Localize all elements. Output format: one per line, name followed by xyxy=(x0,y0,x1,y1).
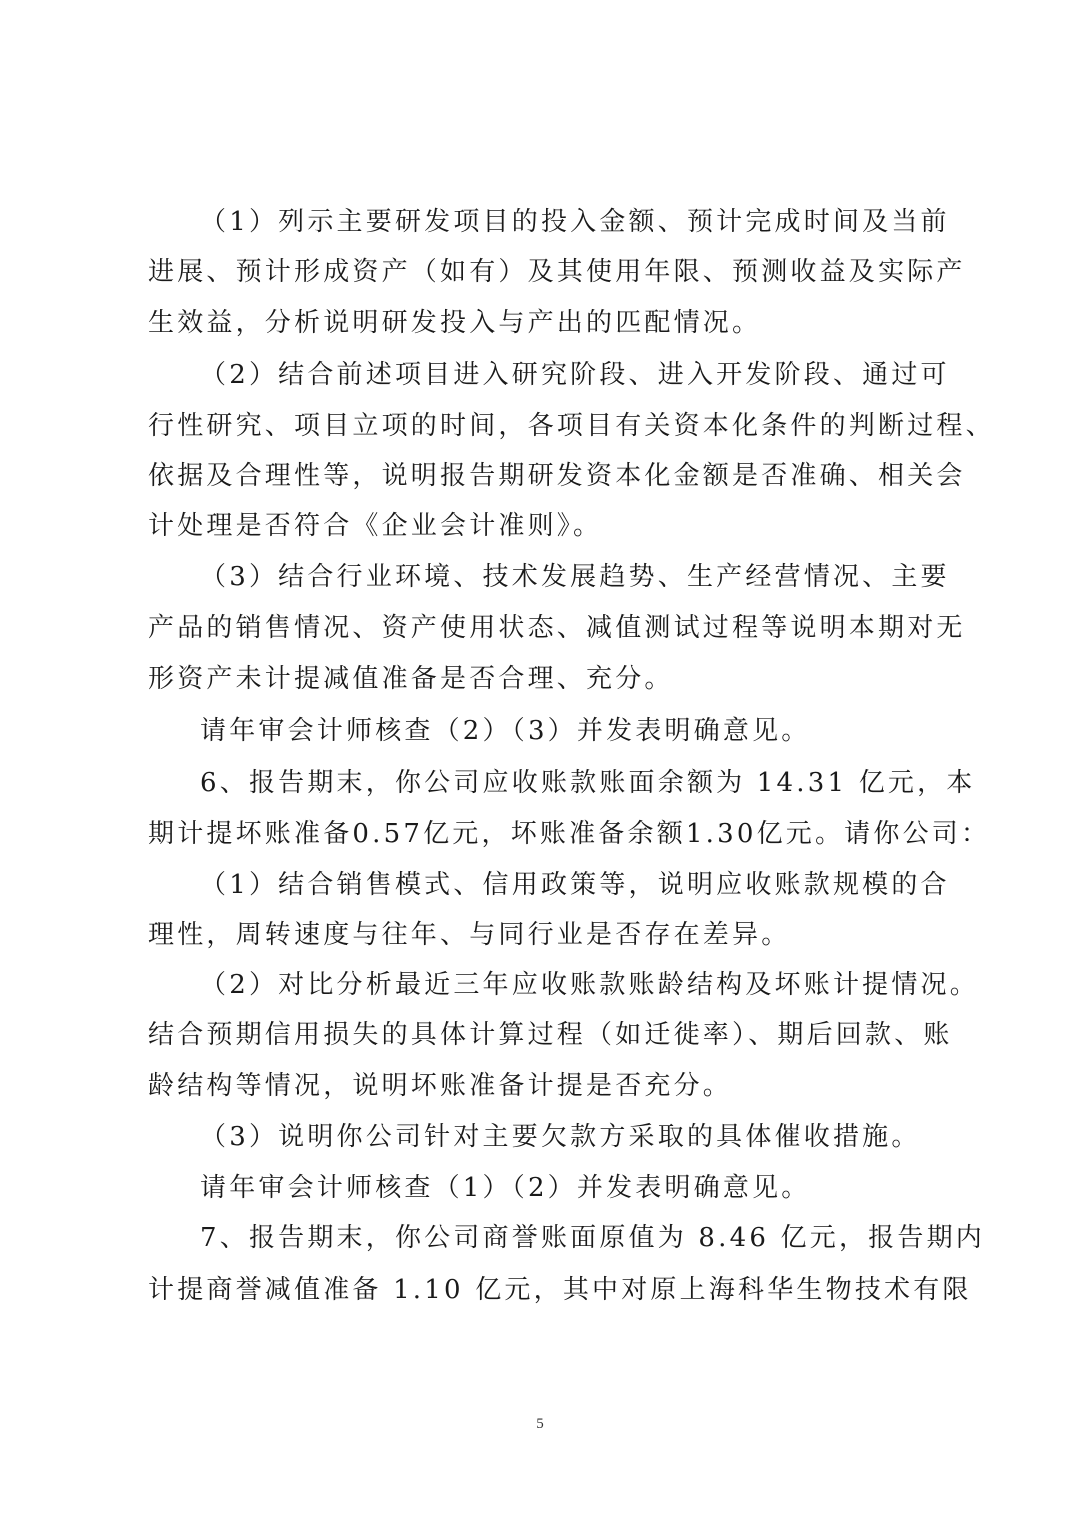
text-line: 7、报告期末，你公司商誉账面原值为 8.46 亿元，报告期内 xyxy=(200,1221,948,1255)
text-line: 请年审会计师核查（1）（2）并发表明确意见。 xyxy=(200,1171,948,1205)
text-line: 生效益，分析说明研发投入与产出的匹配情况。 xyxy=(148,306,948,340)
text-line: 计提商誉减值准备 1.10 亿元，其中对原上海科华生物技术有限 xyxy=(148,1273,948,1307)
page-number: 5 xyxy=(0,1416,1080,1433)
text-line: 行性研究、项目立项的时间，各项目有关资本化条件的判断过程、 xyxy=(148,409,948,443)
text-line: 依据及合理性等，说明报告期研发资本化金额是否准确、相关会 xyxy=(148,459,948,493)
text-line: （2）对比分析最近三年应收账款账龄结构及坏账计提情况。 xyxy=(200,968,948,1002)
text-line: 产品的销售情况、资产使用状态、减值测试过程等说明本期对无 xyxy=(148,611,948,645)
text-line: 6、报告期末，你公司应收账款账面余额为 14.31 亿元，本 xyxy=(200,766,948,800)
text-line: （2）结合前述项目进入研究阶段、进入开发阶段、通过可 xyxy=(200,358,948,392)
text-line: （1）列示主要研发项目的投入金额、预计完成时间及当前 xyxy=(200,205,948,239)
text-line: 形资产未计提减值准备是否合理、充分。 xyxy=(148,662,948,696)
text-line: 理性，周转速度与往年、与同行业是否存在差异。 xyxy=(148,918,948,952)
text-line: 进展、预计形成资产（如有）及其使用年限、预测收益及实际产 xyxy=(148,255,948,289)
text-line: 期计提坏账准备0.57亿元，坏账准备余额1.30亿元。请你公司： xyxy=(148,817,948,851)
text-line: 结合预期信用损失的具体计算过程（如迁徙率）、期后回款、账 xyxy=(148,1018,948,1052)
text-line: 请年审会计师核查（2）（3）并发表明确意见。 xyxy=(200,714,948,748)
text-line: 龄结构等情况，说明坏账准备计提是否充分。 xyxy=(148,1069,948,1103)
text-line: 计处理是否符合《企业会计准则》。 xyxy=(148,509,948,543)
text-line: （3）结合行业环境、技术发展趋势、生产经营情况、主要 xyxy=(200,560,948,594)
text-line: （3）说明你公司针对主要欠款方采取的具体催收措施。 xyxy=(200,1120,948,1154)
text-line: （1）结合销售模式、信用政策等，说明应收账款规模的合 xyxy=(200,868,948,902)
document-page: （1）列示主要研发项目的投入金额、预计完成时间及当前 进展、预计形成资产（如有）… xyxy=(0,0,1080,1526)
